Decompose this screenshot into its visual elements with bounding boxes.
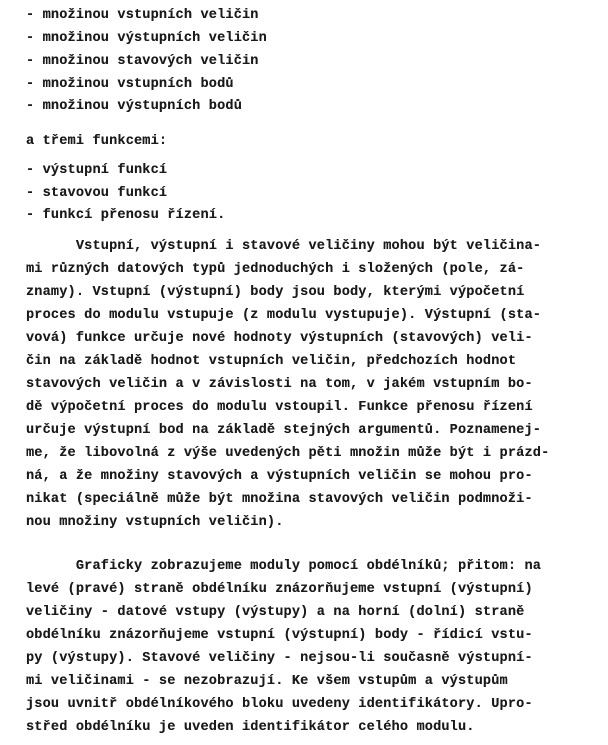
paragraph1-line: čin na základě hodnot vstupních veličin,… (26, 354, 516, 370)
paragraph1-line: dě výpočetní proces do modulu vstoupil. … (26, 400, 533, 416)
paragraph1-line: me, že libovolná z výše uvedených pěti m… (26, 446, 549, 462)
paragraph1-line: Vstupní, výstupní i stavové veličiny moh… (26, 239, 541, 255)
paragraph1-line: nikat (speciálně může být množina stavov… (26, 492, 533, 508)
paragraph2-line: py (výstupy). Stavové veličiny - nejsou-… (26, 651, 533, 667)
paragraph2-line: jsou uvnitř obdélníkového bloku uvedeny … (26, 697, 533, 713)
paragraph1-line: znamy). Vstupní (výstupní) body jsou bod… (26, 285, 524, 301)
list-item-control-transfer: - funkcí přenosu řízení. (26, 208, 225, 224)
paragraph1-line: ná, a že množiny stavových a výstupních … (26, 469, 533, 485)
paragraph2-line: veličiny - datové vstupy (výstupy) a na … (26, 605, 524, 621)
list-item-input-variables: - množinou vstupních veličin (26, 8, 259, 24)
paragraph1-line: nou množiny vstupních veličin). (26, 515, 284, 531)
paragraph1-line: vová) funkce určuje nové hodnoty výstupn… (26, 331, 533, 347)
functions-intro: a třemi funkcemi: (26, 134, 167, 150)
paragraph1-line: mi různých datových typů jednoduchých i … (26, 262, 524, 278)
list-item-output-function: - výstupní funkcí (26, 163, 167, 179)
paragraph2-line: Graficky zobrazujeme moduly pomocí obdél… (26, 559, 541, 575)
list-item-state-function: - stavovou funkcí (26, 186, 167, 202)
paragraph1-line: určuje výstupní bod na základě stejných … (26, 423, 541, 439)
list-item-output-points: - množinou výstupních bodů (26, 99, 242, 115)
list-item-state-variables: - množinou stavových veličin (26, 54, 259, 70)
paragraph1-line: proces do modulu vstupuje (z modulu vyst… (26, 308, 541, 324)
paragraph2-line: mi veličinami - se nezobrazují. Ke všem … (26, 674, 508, 690)
paragraph2-line: střed obdélníku je uveden identifikátor … (26, 720, 475, 736)
paragraph1-line: stavových veličin a v závislosti na tom,… (26, 377, 533, 393)
list-item-input-points: - množinou vstupních bodů (26, 77, 234, 93)
typewritten-page: - množinou vstupních veličin - množinou … (0, 0, 608, 745)
list-item-output-variables: - množinou výstupních veličin (26, 31, 267, 47)
paragraph2-line: obdélníku znázorňujeme vstupní (výstupní… (26, 628, 533, 644)
paragraph2-line: levé (pravé) straně obdélníku znázorňuje… (26, 582, 533, 598)
